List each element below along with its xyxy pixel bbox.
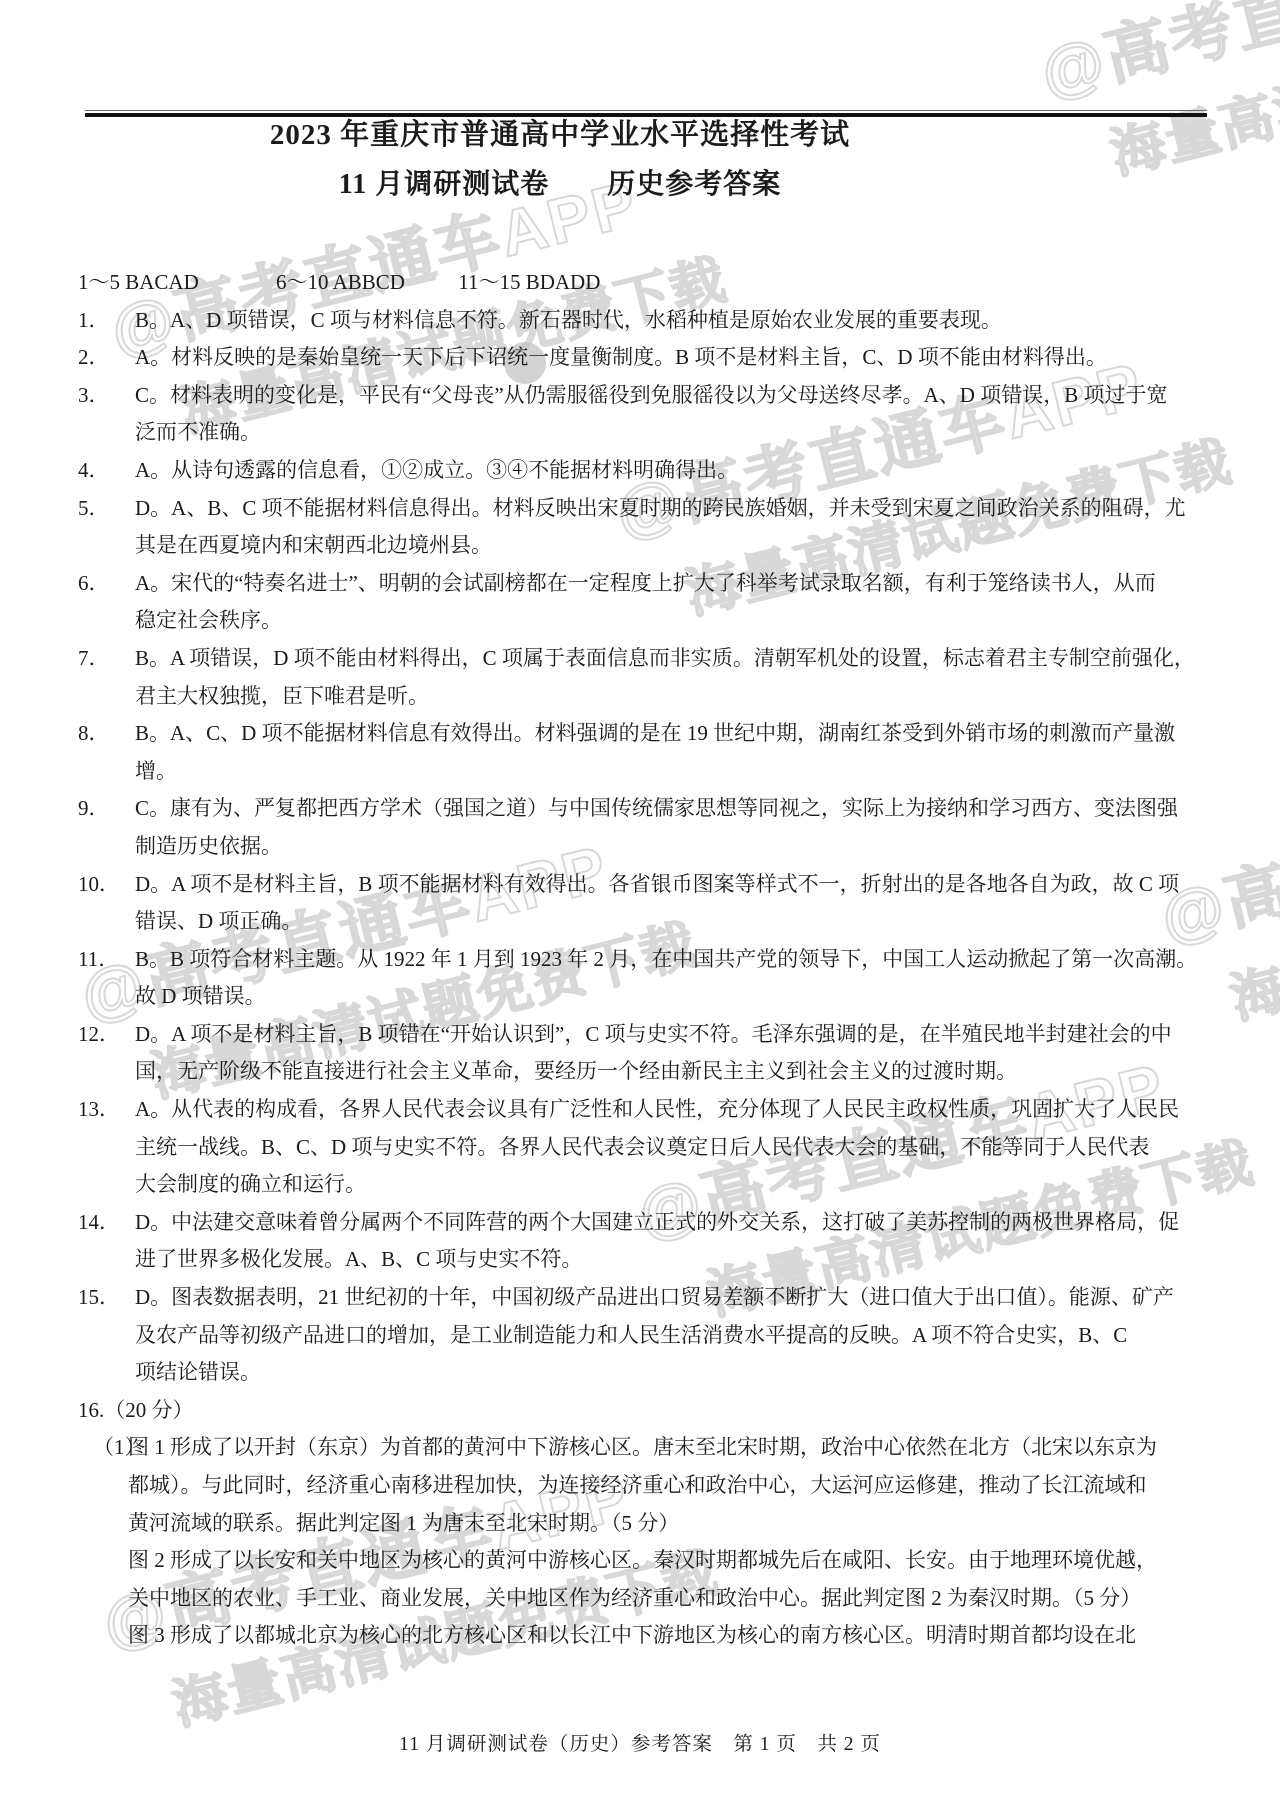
- answer-summary-1-5: 1～5 BACAD: [78, 264, 199, 302]
- item-number: 8．: [78, 715, 110, 753]
- page-footer: 11 月调研测试卷（历史）参考答案 第 1 页 共 2 页: [0, 1728, 1280, 1756]
- item-text-line: A。材料反映的是秦始皇统一天下后下诏统一度量衡制度。B 项不是材料主旨，C、D …: [135, 339, 1205, 377]
- watermark-slogan: 海量高清试题免费下载: [1222, 824, 1280, 1034]
- answer-item: 10．D。A 项不是材料主旨，B 项不能据材料有效得出。各省银币图案等样式不一，…: [78, 866, 1205, 941]
- item-text-line: 稳定社会秩序。: [135, 602, 1205, 640]
- item-text-line: C。康有为、严复都把西方学术（强国之道）与中国传统儒家思想等同视之，实际上为接纳…: [135, 790, 1205, 828]
- header-rule: [85, 110, 1207, 117]
- sub-answer-block: （1）图 1 形成了以开封（东京）为首都的黄河中下游核心区。唐末至北宋时期，政治…: [78, 1429, 1205, 1542]
- item-text-line: D。A 项不是材料主旨，B 项错在“开始认识到”，C 项与史实不符。毛泽东强调的…: [135, 1016, 1205, 1054]
- item-text-line: 错误、D 项正确。: [135, 903, 1205, 941]
- answer-item: 13．A。从代表的构成看，各界人民代表会议具有广泛性和人民性，充分体现了人民民主…: [78, 1091, 1205, 1204]
- item-text-line: 其是在西夏境内和宋朝西北边境州县。: [135, 527, 1205, 565]
- item-text-line: 大会制度的确立和运行。: [135, 1166, 1205, 1204]
- answer-item: 5．D。A、B、C 项不能据材料信息得出。材料反映出宋夏时期的跨民族婚姻，并未受…: [78, 490, 1205, 565]
- sub-answer-text-line: 图 2 形成了以长安和关中地区为核心的黄河中游核心区。秦汉时期都城先后在咸阳、长…: [128, 1542, 1205, 1580]
- watermark-app-name: @高考直通车APP: [1030, 0, 1280, 114]
- item-text-line: A。宋代的“特奏名进士”、明朝的会试副榜都在一定程度上扩大了科举考试录取名额，有…: [135, 565, 1205, 603]
- answer-item: 6．A。宋代的“特奏名进士”、明朝的会试副榜都在一定程度上扩大了科举考试录取名额…: [78, 565, 1205, 640]
- item-text-line: D。A、B、C 项不能据材料信息得出。材料反映出宋夏时期的跨民族婚姻，并未受到宋…: [135, 490, 1205, 528]
- item-number: 3．: [78, 377, 110, 415]
- item-text-line: 国，无产阶级不能直接进行社会主义革命，要经历一个经由新民主主义到社会主义的过渡时…: [135, 1053, 1205, 1091]
- answer-item: 14．D。中法建交意味着曾分属两个不同阵营的两个大国建立正式的外交关系，这打破了…: [78, 1204, 1205, 1279]
- paper-subtitle: 11 月调研测试卷 历史参考答案: [80, 168, 1040, 202]
- item-text-line: A。从代表的构成看，各界人民代表会议具有广泛性和人民性，充分体现了人民民主政权性…: [135, 1091, 1205, 1129]
- item-number: 13．: [78, 1091, 120, 1129]
- answer-item: 15．D。图表数据表明，21 世纪初的十年，中国初级产品进出口贸易差额不断扩大（…: [78, 1279, 1205, 1392]
- item-number: 11．: [78, 941, 119, 979]
- section-16-answers: （1）图 1 形成了以开封（东京）为首都的黄河中下游核心区。唐末至北宋时期，政治…: [78, 1429, 1205, 1655]
- item-text-line: C。材料表明的变化是，平民有“父母丧”从仍需服徭役到免服徭役以为父母送终尽孝。A…: [135, 377, 1205, 415]
- answer-item: 12．D。A 项不是材料主旨，B 项错在“开始认识到”，C 项与史实不符。毛泽东…: [78, 1016, 1205, 1091]
- answer-items: 1．B。A、D 项错误，C 项与材料信息不符。新石器时代，水稻种植是原始农业发展…: [78, 302, 1205, 1392]
- sub-answer-block: 图 2 形成了以长安和关中地区为核心的黄河中游核心区。秦汉时期都城先后在咸阳、长…: [78, 1542, 1205, 1655]
- item-number: 6．: [78, 565, 110, 603]
- item-text-line: D。中法建交意味着曾分属两个不同阵营的两个大国建立正式的外交关系，这打破了美苏控…: [135, 1204, 1205, 1242]
- item-text-line: A。从诗句透露的信息看，①②成立。③④不能据材料明确得出。: [135, 452, 1205, 490]
- item-text-line: D。图表数据表明，21 世纪初的十年，中国初级产品进出口贸易差额不断扩大（进口值…: [135, 1279, 1205, 1317]
- item-text-line: B。A、D 项错误，C 项与材料信息不符。新石器时代，水稻种植是原始农业发展的重…: [135, 302, 1205, 340]
- section-16-heading: 16.（20 分）: [78, 1392, 1205, 1430]
- item-number: 12．: [78, 1016, 120, 1054]
- item-number: 15．: [78, 1279, 120, 1317]
- exam-title: 2023 年重庆市普通高中学业水平选择性考试: [80, 118, 1040, 152]
- item-number: 9．: [78, 790, 110, 828]
- answers-body: 1～5 BACAD 6～10 ABBCD 11～15 BDADD 1．B。A、D…: [78, 264, 1205, 1655]
- item-number: 5．: [78, 490, 110, 528]
- sub-answer-text-line: 都城）。与此同时，经济重心南移进程加快，为连接经济重心和政治中心，大运河应运修建…: [128, 1467, 1205, 1505]
- answer-item: 9．C。康有为、严复都把西方学术（强国之道）与中国传统儒家思想等同视之，实际上为…: [78, 790, 1205, 865]
- item-number: 10．: [78, 866, 120, 904]
- answer-item: 3．C。材料表明的变化是，平民有“父母丧”从仍需服徭役到免服徭役以为父母送终尽孝…: [78, 377, 1205, 452]
- sub-answer-label: （1）: [93, 1429, 146, 1467]
- item-text-line: 增。: [135, 753, 1205, 791]
- answer-summary-row: 1～5 BACAD 6～10 ABBCD 11～15 BDADD: [78, 264, 1205, 302]
- header: 2023 年重庆市普通高中学业水平选择性考试 11 月调研测试卷 历史参考答案: [80, 118, 1040, 202]
- item-text-line: B。A 项错误，D 项不能由材料得出，C 项属于表面信息而非实质。清朝军机处的设…: [135, 640, 1205, 678]
- item-text-line: 制造历史依据。: [135, 828, 1205, 866]
- item-text-line: 项结论错误。: [135, 1354, 1205, 1392]
- item-number: 2．: [78, 339, 110, 377]
- item-text-line: D。A 项不是材料主旨，B 项不能据材料有效得出。各省银币图案等样式不一，折射出…: [135, 866, 1205, 904]
- item-text-line: 君主大权独揽，臣下唯君是听。: [135, 678, 1205, 716]
- item-text-line: B。A、C、D 项不能据材料信息有效得出。材料强调的是在 19 世纪中期，湖南红…: [135, 715, 1205, 753]
- item-number: 7．: [78, 640, 110, 678]
- watermark-slogan: 海量高清试题免费下载: [1102, 0, 1280, 189]
- item-number: 14．: [78, 1204, 120, 1242]
- answer-item: 8．B。A、C、D 项不能据材料信息有效得出。材料强调的是在 19 世纪中期，湖…: [78, 715, 1205, 790]
- exam-answer-page: { "page": { "title_line1": "2023 年重庆市普通高…: [0, 0, 1280, 1810]
- sub-answer-text-line: 图 1 形成了以开封（东京）为首都的黄河中下游核心区。唐末至北宋时期，政治中心依…: [128, 1429, 1205, 1467]
- answer-item: 2．A。材料反映的是秦始皇统一天下后下诏统一度量衡制度。B 项不是材料主旨，C、…: [78, 339, 1205, 377]
- item-number: 4．: [78, 452, 110, 490]
- answer-summary-6-10: 6～10 ABBCD: [276, 264, 405, 302]
- sub-answer-text-line: 关中地区的农业、手工业、商业发展，关中地区作为经济重心和政治中心。据此判定图 2…: [128, 1580, 1205, 1618]
- sub-answer-text-line: 黄河流域的联系。据此判定图 1 为唐末至北宋时期。（5 分）: [128, 1505, 1205, 1543]
- item-text-line: B。B 项符合材料主题。从 1922 年 1 月到 1923 年 2 月，在中国…: [135, 941, 1205, 979]
- item-text-line: 泛而不准确。: [135, 414, 1205, 452]
- answer-item: 7．B。A 项错误，D 项不能由材料得出，C 项属于表面信息而非实质。清朝军机处…: [78, 640, 1205, 715]
- item-text-line: 及农产品等初级产品进口的增加，是工业制造能力和人民生活消费水平提高的反映。A 项…: [135, 1317, 1205, 1355]
- watermark: @高考直通车APP海量高清试题免费下载: [1030, 0, 1280, 201]
- item-text-line: 主统一战线。B、C、D 项与史实不符。各界人民代表会议奠定日后人民代表大会的基础…: [135, 1129, 1205, 1167]
- answer-item: 1．B。A、D 项错误，C 项与材料信息不符。新石器时代，水稻种植是原始农业发展…: [78, 302, 1205, 340]
- item-number: 1．: [78, 302, 110, 340]
- answer-summary-11-15: 11～15 BDADD: [458, 264, 600, 302]
- item-text-line: 故 D 项错误。: [135, 978, 1205, 1016]
- sub-answer-text-line: 图 3 形成了以都城北京为核心的北方核心区和以长江中下游地区为核心的南方核心区。…: [128, 1617, 1205, 1655]
- answer-item: 11．B。B 项符合材料主题。从 1922 年 1 月到 1923 年 2 月，…: [78, 941, 1205, 1016]
- answer-item: 4．A。从诗句透露的信息看，①②成立。③④不能据材料明确得出。: [78, 452, 1205, 490]
- item-text-line: 进了世界多极化发展。A、B、C 项与史实不符。: [135, 1241, 1205, 1279]
